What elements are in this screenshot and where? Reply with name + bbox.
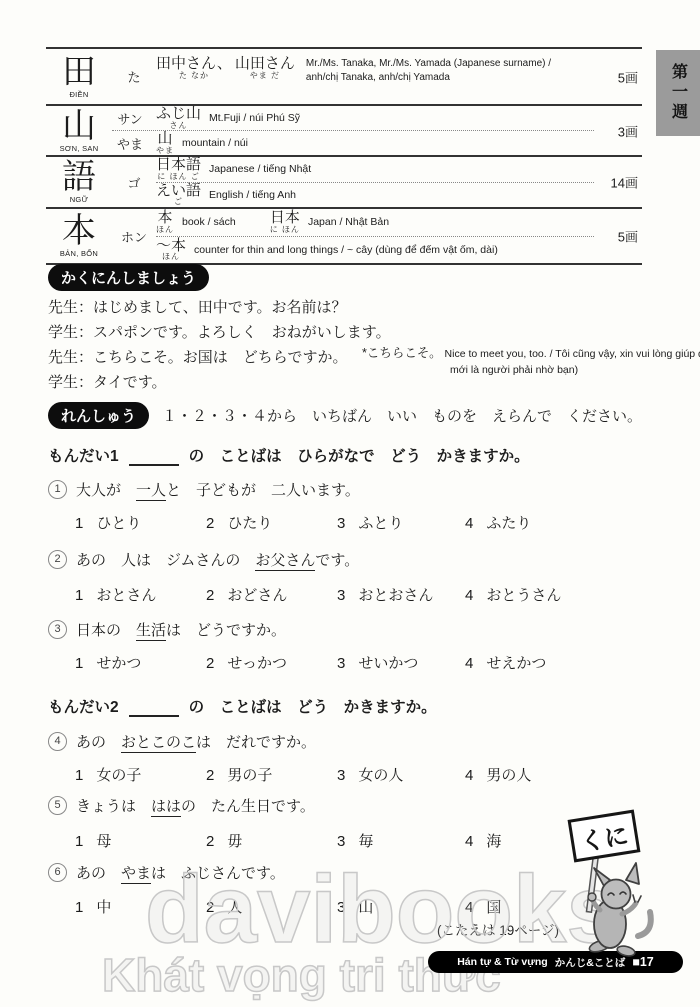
cat-paw-left bbox=[588, 893, 596, 901]
option-label: ふたり bbox=[486, 512, 531, 533]
option-label: ひとり bbox=[96, 512, 141, 533]
week-tab: 第一週 bbox=[656, 50, 700, 136]
question-number-circle: 6 bbox=[48, 863, 67, 882]
option-number: 3 bbox=[337, 655, 345, 672]
furigana: に ほん bbox=[270, 226, 300, 234]
dialogue-line: 学生：スパポンです。よろしく おねがいします。 bbox=[48, 320, 391, 345]
dialogue-line: 先生：はじめまして、田中です。お名前は？ bbox=[48, 295, 391, 320]
example-line: サン ふじ山 さん Mt.Fuji / núi Phú Sỹ bbox=[112, 106, 594, 131]
question-post: は だれですか。 bbox=[196, 734, 316, 751]
option-number: 3 bbox=[337, 833, 345, 850]
question-2-options: 1おとさん 2おどさん 3おとおさん 4おとうさん bbox=[75, 584, 561, 605]
stroke-count: 5画 bbox=[618, 227, 638, 246]
option-number: 1 bbox=[75, 767, 83, 784]
kanji-row-go: 語 NGỮ ゴ 日本語 に ほん ご Japanese / tiếng Nhật… bbox=[46, 155, 642, 207]
kanji-character: 山 bbox=[62, 109, 96, 143]
han-viet-reading: BẢN, BỔN bbox=[60, 249, 98, 258]
cat-mascot: くに bbox=[552, 806, 670, 963]
footer-label-vietnamese: Hán tự & Từ vựng bbox=[457, 956, 547, 968]
question-number-circle: 4 bbox=[48, 732, 67, 751]
option: 4ふたり bbox=[465, 512, 531, 533]
example-word: ふじ山 さん bbox=[156, 106, 201, 130]
kanji-row-hon: 本 BẢN, BỔN ホン 本 ほん book / sách 日本 に ほん J… bbox=[46, 207, 642, 263]
option-number: 1 bbox=[75, 655, 83, 672]
cat-foot-right bbox=[616, 944, 636, 957]
kanji-cell: 本 BẢN, BỔN bbox=[46, 209, 112, 263]
option-label: 毋 bbox=[227, 830, 242, 851]
question-4-options: 1女の子 2男の子 3女の人 4男の人 bbox=[75, 764, 531, 785]
word-meaning: English / tiếng Anh bbox=[209, 189, 296, 201]
question-text: あの 人は ジムさんの お父さんです。 bbox=[76, 549, 359, 570]
option-number: 1 bbox=[75, 587, 83, 604]
word-meaning: mountain / núi bbox=[182, 137, 248, 149]
option: 4せえかつ bbox=[465, 652, 546, 673]
question-number-circle: 2 bbox=[48, 550, 67, 569]
kana-reading: ゴ bbox=[112, 157, 156, 207]
question-pre: 日本の bbox=[76, 622, 136, 639]
word-meaning: Mt.Fuji / núi Phú Sỹ bbox=[209, 112, 300, 124]
mondai2-header: もんだい2 の ことばは どう かきますか。 bbox=[48, 695, 437, 717]
option: 3せいかつ bbox=[337, 652, 465, 673]
example-word: 山 やま bbox=[156, 131, 174, 155]
option-label: 男の人 bbox=[486, 764, 531, 785]
question-5-sentence: 5 きょうは ははの たん生日です。 bbox=[48, 795, 315, 816]
question-post: の たん生日です。 bbox=[181, 798, 315, 815]
option-label: 中 bbox=[96, 896, 111, 917]
option-number: 3 bbox=[337, 515, 345, 532]
example-word: えい語 ご bbox=[156, 183, 201, 207]
mondai2-title: もんだい2 bbox=[48, 695, 119, 717]
option-label: 海 bbox=[486, 830, 501, 851]
kanji-table: 田 ĐIỀN た 田中さん、 た なか 山田さん やま だ Mr./Ms. Ta… bbox=[46, 47, 642, 265]
question-text: あの おとこのこは だれですか。 bbox=[76, 731, 316, 752]
kanji-character: 本 bbox=[62, 214, 96, 248]
example-line: やま 山 やま mountain / núi bbox=[112, 131, 594, 155]
option: 1おとさん bbox=[75, 584, 206, 605]
han-viet-reading: SƠN, SAN bbox=[60, 144, 99, 153]
option-label: 女の人 bbox=[358, 764, 403, 785]
option-number: 1 bbox=[75, 899, 83, 916]
kakunin-section-badge: かくにんしましょう bbox=[48, 264, 209, 291]
kanji-row-yama: 山 SƠN, SAN サン ふじ山 さん Mt.Fuji / núi Phú S… bbox=[46, 104, 642, 155]
underlined-word: おとこのこ bbox=[121, 734, 196, 753]
option-number: 4 bbox=[465, 899, 473, 916]
word-text: 本 bbox=[157, 210, 172, 226]
kanji-cell: 山 SƠN, SAN bbox=[46, 106, 112, 155]
blank-underline bbox=[129, 701, 179, 717]
underlined-word: お父さん bbox=[255, 552, 315, 571]
option: 3山 bbox=[337, 896, 465, 917]
kanji-character: 田 bbox=[62, 55, 96, 89]
question-text: あの やまは ふじさんです。 bbox=[76, 862, 285, 883]
option: 3毎 bbox=[337, 830, 465, 851]
renshuu-header: れんしゅう １・２・３・４から いちばん いい ものを えらんで ください。 bbox=[48, 402, 642, 429]
kanji-cell: 語 NGỮ bbox=[46, 157, 112, 207]
kana-reading: やま bbox=[112, 134, 148, 153]
note-gloss: Nice to meet you, too. / Tôi cũng vậy, x… bbox=[445, 348, 700, 376]
word-text: 山 bbox=[157, 131, 172, 147]
furigana: ほん bbox=[156, 226, 174, 234]
option: 1中 bbox=[75, 896, 206, 917]
mondai1-prompt: の ことばは ひらがなで どう かきますか。 bbox=[189, 444, 530, 466]
cat-body bbox=[588, 863, 651, 958]
stroke-count: 5画 bbox=[618, 67, 638, 86]
example-line: 田中さん、 た なか 山田さん やま だ Mr./Ms. Tanaka, Mr.… bbox=[156, 49, 642, 104]
question-2-sentence: 2 あの 人は ジムさんの お父さんです。 bbox=[48, 549, 359, 570]
option: 1せかつ bbox=[75, 652, 206, 673]
furigana: ご bbox=[174, 198, 183, 206]
example-line: 本 ほん book / sách 日本 に ほん Japan / Nhật Bả… bbox=[156, 209, 594, 237]
question-6-options: 1中 2人 3山 4国 bbox=[75, 896, 501, 917]
option-label: 毎 bbox=[358, 830, 373, 851]
option-number: 2 bbox=[206, 767, 214, 784]
word-text: えい語 bbox=[156, 183, 201, 199]
option-label: せえかつ bbox=[486, 652, 546, 673]
option: 1女の子 bbox=[75, 764, 206, 785]
option-number: 3 bbox=[337, 767, 345, 784]
option-label: 男の子 bbox=[227, 764, 272, 785]
option-label: せっかつ bbox=[227, 652, 287, 673]
word-text: 山田さん bbox=[235, 56, 295, 72]
option-number: 4 bbox=[465, 767, 473, 784]
kanji-row-ta: 田 ĐIỀN た 田中さん、 た なか 山田さん やま だ Mr./Ms. Ta… bbox=[46, 47, 642, 104]
option-number: 4 bbox=[465, 833, 473, 850]
option: 2おどさん bbox=[206, 584, 337, 605]
word-text: 日本語 bbox=[156, 157, 201, 173]
option-label: 人 bbox=[227, 896, 242, 917]
question-number-circle: 5 bbox=[48, 796, 67, 815]
question-3-options: 1せかつ 2せっかつ 3せいかつ 4せえかつ bbox=[75, 652, 546, 673]
option: 4国 bbox=[465, 896, 501, 917]
kana-reading: サン bbox=[112, 109, 148, 128]
han-viet-reading: NGỮ bbox=[70, 195, 89, 204]
question-1-sentence: 1 大人が 一人と 子どもが 二人います。 bbox=[48, 479, 360, 500]
option-number: 4 bbox=[465, 515, 473, 532]
furigana: さん bbox=[170, 122, 188, 130]
option-number: 3 bbox=[337, 587, 345, 604]
option-label: ひたり bbox=[227, 512, 272, 533]
dialogue-block: 先生：はじめまして、田中です。お名前は？ 学生：スパポンです。よろしく おねがい… bbox=[48, 295, 391, 395]
furigana: た なか bbox=[179, 72, 209, 80]
option: 2毋 bbox=[206, 830, 337, 851]
mondai1-header: もんだい1 の ことばは ひらがなで どう かきますか。 bbox=[48, 444, 530, 466]
furigana: やま だ bbox=[250, 72, 280, 80]
word-text: 〜本 bbox=[156, 238, 186, 254]
question-4-sentence: 4 あの おとこのこは だれですか。 bbox=[48, 731, 316, 752]
example-word: 〜本 ほん bbox=[156, 238, 186, 262]
option: 3おとおさん bbox=[337, 584, 465, 605]
question-5-options: 1母 2毋 3毎 4海 bbox=[75, 830, 501, 851]
word-meaning: Japanese / tiếng Nhật bbox=[209, 163, 311, 175]
question-pre: あの bbox=[76, 865, 121, 882]
option-number: 1 bbox=[75, 833, 83, 850]
question-pre: 大人が bbox=[76, 482, 136, 499]
option: 1ひとり bbox=[75, 512, 206, 533]
sign-board: くに bbox=[569, 811, 638, 861]
option: 4おとうさん bbox=[465, 584, 561, 605]
question-text: 大人が 一人と 子どもが 二人います。 bbox=[76, 479, 360, 500]
example-line: 〜本 ほん counter for thin and long things /… bbox=[156, 237, 594, 264]
option-label: おとおさん bbox=[358, 584, 433, 605]
example-word: 本 ほん bbox=[156, 210, 174, 234]
option: 2男の子 bbox=[206, 764, 337, 785]
option: 4海 bbox=[465, 830, 501, 851]
kana-reading: た bbox=[112, 49, 156, 104]
option-number: 2 bbox=[206, 833, 214, 850]
example-word: 田中さん、 た なか bbox=[156, 56, 232, 80]
underlined-word: やま bbox=[121, 865, 151, 884]
question-pre: あの 人は ジムさんの bbox=[76, 552, 255, 569]
kana-reading: ホン bbox=[112, 209, 156, 263]
option-label: 母 bbox=[96, 830, 111, 851]
option-label: おとさん bbox=[96, 584, 156, 605]
question-post: と 子どもが 二人います。 bbox=[166, 482, 360, 499]
option: 3女の人 bbox=[337, 764, 465, 785]
word-meaning: Mr./Ms. Tanaka, Mr./Ms. Yamada (Japanese… bbox=[306, 57, 564, 85]
underlined-word: 一人 bbox=[136, 482, 166, 501]
option-number: 2 bbox=[206, 515, 214, 532]
han-viet-reading: ĐIỀN bbox=[69, 90, 88, 99]
option-label: おとうさん bbox=[486, 584, 561, 605]
question-3-sentence: 3 日本の 生活は どうですか。 bbox=[48, 619, 286, 640]
kanji-character: 語 bbox=[62, 160, 96, 194]
question-text: 日本の 生活は どうですか。 bbox=[76, 619, 286, 640]
renshuu-instruction: １・２・３・４から いちばん いい ものを えらんで ください。 bbox=[162, 405, 642, 426]
option-label: 山 bbox=[358, 896, 373, 917]
option: 4男の人 bbox=[465, 764, 531, 785]
question-pre: あの bbox=[76, 734, 121, 751]
question-number-circle: 3 bbox=[48, 620, 67, 639]
option-number: 1 bbox=[75, 515, 83, 532]
option-label: おどさん bbox=[227, 584, 287, 605]
kanji-cell: 田 ĐIỀN bbox=[46, 49, 112, 104]
example-word: 日本語 に ほん ご bbox=[156, 157, 201, 181]
word-meaning: Japan / Nhật Bản bbox=[308, 216, 389, 228]
example-line: 日本語 に ほん ご Japanese / tiếng Nhật bbox=[156, 157, 594, 183]
mondai2-prompt: の ことばは どう かきますか。 bbox=[189, 695, 437, 717]
underlined-word: 生活 bbox=[136, 622, 166, 641]
example-column: 本 ほん book / sách 日本 に ほん Japan / Nhật Bả… bbox=[156, 209, 594, 263]
question-post: は ふじさんです。 bbox=[151, 865, 285, 882]
blank-underline bbox=[129, 450, 179, 466]
question-number-circle: 1 bbox=[48, 480, 67, 499]
example-word: 山田さん やま だ bbox=[235, 56, 295, 80]
question-post: は どうですか。 bbox=[166, 622, 286, 639]
dialogue-line: 先生：こちらこそ。お国は どちらですか。 bbox=[48, 345, 391, 370]
example-word: 日本 に ほん bbox=[270, 210, 300, 234]
option-label: ふとり bbox=[358, 512, 403, 533]
word-text: 日本 bbox=[270, 210, 300, 226]
option-label: 女の子 bbox=[96, 764, 141, 785]
word-meaning: book / sách bbox=[182, 216, 236, 228]
option-label: 国 bbox=[486, 896, 501, 917]
option-number: 2 bbox=[206, 899, 214, 916]
example-column: サン ふじ山 さん Mt.Fuji / núi Phú Sỹ やま 山 やま m… bbox=[112, 106, 594, 155]
cat-tail bbox=[638, 912, 651, 936]
example-column: 日本語 に ほん ご Japanese / tiếng Nhật えい語 ご E… bbox=[156, 157, 594, 207]
word-meaning: counter for thin and long things / ~ cây… bbox=[194, 244, 498, 256]
stroke-count: 14画 bbox=[611, 173, 638, 192]
underlined-word: はは bbox=[151, 798, 181, 817]
option-number: 4 bbox=[465, 587, 473, 604]
option: 2人 bbox=[206, 896, 337, 917]
furigana: に ほん ご bbox=[157, 173, 199, 181]
furigana: ほん bbox=[162, 253, 180, 261]
question-1-options: 1ひとり 2ひたり 3ふとり 4ふたり bbox=[75, 512, 531, 533]
option-number: 2 bbox=[206, 587, 214, 604]
question-6-sentence: 6 あの やまは ふじさんです。 bbox=[48, 862, 285, 883]
option: 3ふとり bbox=[337, 512, 465, 533]
option: 2せっかつ bbox=[206, 652, 337, 673]
question-text: きょうは ははの たん生日です。 bbox=[76, 795, 315, 816]
option-number: 4 bbox=[465, 655, 473, 672]
dialogue-line: 学生：タイです。 bbox=[48, 370, 391, 395]
answers-page-note: (こたえは 19ページ) bbox=[437, 919, 559, 939]
question-post: です。 bbox=[315, 552, 359, 569]
option-number: 3 bbox=[337, 899, 345, 916]
cat-ear-right bbox=[626, 863, 639, 884]
stroke-count: 3画 bbox=[618, 121, 638, 140]
question-pre: きょうは bbox=[76, 798, 151, 815]
option-label: せかつ bbox=[96, 652, 141, 673]
word-text: 田中さん、 bbox=[156, 56, 232, 72]
mondai1-title: もんだい1 bbox=[48, 444, 119, 466]
note-term: *こちらこそ。 bbox=[362, 346, 442, 360]
example-line: えい語 ご English / tiếng Anh bbox=[156, 183, 594, 208]
renshuu-section-badge: れんしゅう bbox=[48, 402, 149, 429]
option: 2ひたり bbox=[206, 512, 337, 533]
vocabulary-note: *こちらこそ。 Nice to meet you, too. / Tôi cũn… bbox=[362, 344, 700, 379]
option-number: 2 bbox=[206, 655, 214, 672]
cat-mascot-drawing: くに bbox=[552, 806, 670, 958]
word-text: ふじ山 bbox=[156, 106, 201, 122]
option-label: せいかつ bbox=[358, 652, 418, 673]
option: 1母 bbox=[75, 830, 206, 851]
